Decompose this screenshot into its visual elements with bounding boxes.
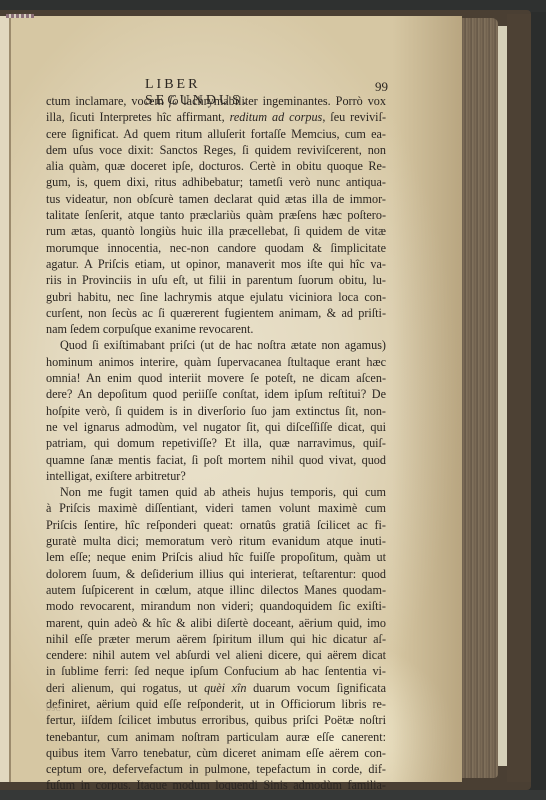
text-line: gum, is, quem dixi, ritus adhibebatur; t… — [46, 174, 386, 190]
scan-bottom-border — [0, 790, 546, 800]
text-line: dem uſus voce dixit: Sanctos Reges, ſi q… — [46, 142, 386, 158]
text-line: hominum animos interire, quàm ſupervacan… — [46, 354, 386, 370]
body-text: ctum inclamare, vocem ſo lachrymabiliter… — [46, 93, 386, 794]
text-line: agatur. A Priſcis etiam, ut opinor, mana… — [46, 256, 386, 272]
italic-phrase: quèi xîn — [204, 681, 246, 695]
text-line: nihil eſſe præter merum aërem ſpiritum i… — [46, 631, 386, 647]
text-line: modo revocarent, mirandum non videri; qu… — [46, 598, 386, 614]
italic-phrase: reditum ad corpus — [230, 110, 323, 124]
headband — [6, 14, 34, 18]
text-line: curſent, non ſecùs ac ſi quærerent fugie… — [46, 305, 386, 321]
text-line: à Priſcis maximè diſſentiant, videri tam… — [46, 500, 386, 516]
text-line: tus videatur, non obſcurè tamen declarat… — [46, 191, 386, 207]
facing-page-sliver — [0, 16, 9, 782]
text-line: tenebantur, cum animam noſtram particula… — [46, 729, 386, 745]
text-line: intelligat, exiſtere arbitretur? — [46, 468, 386, 484]
endpaper-board — [498, 26, 507, 766]
page-block-edges — [462, 18, 498, 778]
text-line: ne vel ignarus admodùm, vel nugator ſit,… — [46, 419, 386, 435]
text-line: gubri habitu, nec ſine lachrymis atque e… — [46, 289, 386, 305]
cover-board-edge — [507, 14, 531, 782]
text-line: in ſublime ferri: ſed neque ipſum Confuc… — [46, 663, 386, 679]
text-line: autem ſuſpicerent in cœlum, atque illinc… — [46, 582, 386, 598]
text-line: Priſcis ſentire, hîc reſponderi queat: o… — [46, 517, 386, 533]
text-line: dolorem ſuum, & deſiderium illius qui in… — [46, 566, 386, 582]
text-line: marent, quin adeò & hîc & alibi diſertè … — [46, 615, 386, 631]
text-line: alia quàm, quæ doceret ipſe, docturos. C… — [46, 158, 386, 174]
text-line: Non me fugit tamen quid ab atheis hujus … — [46, 484, 386, 500]
text-line: cendere: nihil autem vel abſurdi vel ali… — [46, 647, 386, 663]
text-line: rum ætas, quantò longiùs huic illa præce… — [46, 223, 386, 239]
text-line: nam ſedem corpuſque exanime revocarent. — [46, 321, 386, 337]
text-line: omnia! An enim quod interiit movere ſe p… — [46, 370, 386, 386]
text-line: patriam, qui domum repetiviſſe? Et illa,… — [46, 435, 386, 451]
text-line: talitate ſenſerit, atque tanto præclariù… — [46, 207, 386, 223]
text-line: quibus item Varro tenebatur, cùm diceret… — [46, 745, 386, 761]
text-line: guratè multa dici; memoratum verò ritum … — [46, 533, 386, 549]
text-line: dere? An depoſitum quod periiſſe conſtat… — [46, 386, 386, 402]
text-line: ceptum ore, defervefactum in pulmone, te… — [46, 761, 386, 777]
text-line: cere ſignificat. Ad quem ritum alluſerit… — [46, 126, 386, 142]
text-line: fertur, iiſdem ſcilicet imbutus erroribu… — [46, 712, 386, 728]
text-line: hoſpite verò, ſi quidem is in diverſorio… — [46, 403, 386, 419]
text-line: riis in Provinciis in uſu eſt, ut filii … — [46, 272, 386, 288]
text-line: lem eſſe; neque enim Priſcis aliud hîc f… — [46, 549, 386, 565]
text-line: morumque innocentia, nec-non candore quo… — [46, 240, 386, 256]
text-line: Quod ſi exiſtimabant priſci (ut de hac n… — [46, 337, 386, 353]
text-line: illa, ſicuti Interpretes hîc affirmant, … — [46, 109, 386, 125]
italic-phrase: ſo — [169, 94, 178, 108]
text-line: definiret, aërium quid eſſe reſponderit,… — [46, 696, 386, 712]
text-line: ctum inclamare, vocem ſo lachrymabiliter… — [46, 93, 386, 109]
gutter-fold — [9, 16, 11, 782]
text-line: quamne ſanæ mentis faciat, ſi poſt morte… — [46, 452, 386, 468]
bleed-through-catchword: Sed — [46, 703, 61, 714]
text-line: deri alienum, qui rogatus, ut quèi xîn d… — [46, 680, 386, 696]
